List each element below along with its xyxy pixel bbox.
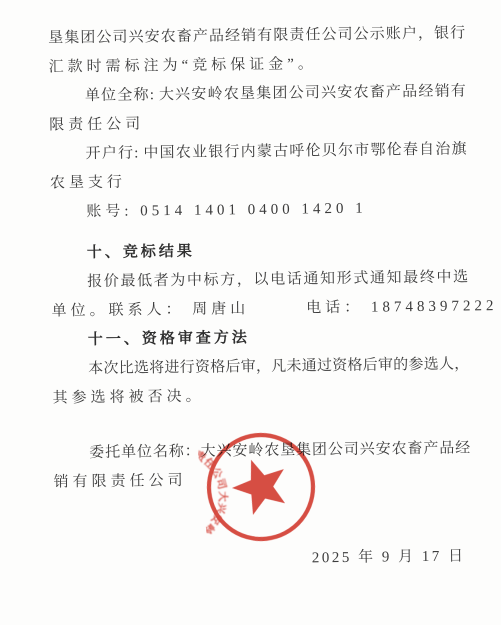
star-icon <box>225 450 295 518</box>
doc-line-13: 其参选将被否决。 <box>52 379 469 413</box>
doc-line-account-number: 账号: 0514 1401 0400 1420 1 <box>50 193 467 227</box>
doc-line-1: 垦集团公司兴安农畜产品经销有限责任公司公示账户，银行 <box>48 19 465 53</box>
doc-line-12: 本次比选将进行资格后审，凡未通过资格后审的参选人， <box>52 350 469 384</box>
document-date: 2025 年 9 月 17 日 <box>54 544 471 570</box>
doc-line-contact-phone: 单位。联系人： 周唐山 电话： 18748397222 <box>51 292 468 326</box>
doc-line-bank: 开户行: 中国农业银行内蒙古呼伦贝尔市鄂伦春自治旗 <box>49 135 466 169</box>
doc-line-unit-name: 单位全称: 大兴安岭农垦集团公司兴安农畜产品经销有 <box>49 77 466 111</box>
scanned-document-page: 垦集团公司兴安农畜产品经销有限责任公司公示账户，银行 汇款时需标注为“竞标保证金… <box>0 0 501 625</box>
official-seal: 大兴安岭农垦集团公司兴安农畜产品经销有限责任公司 <box>196 422 326 552</box>
